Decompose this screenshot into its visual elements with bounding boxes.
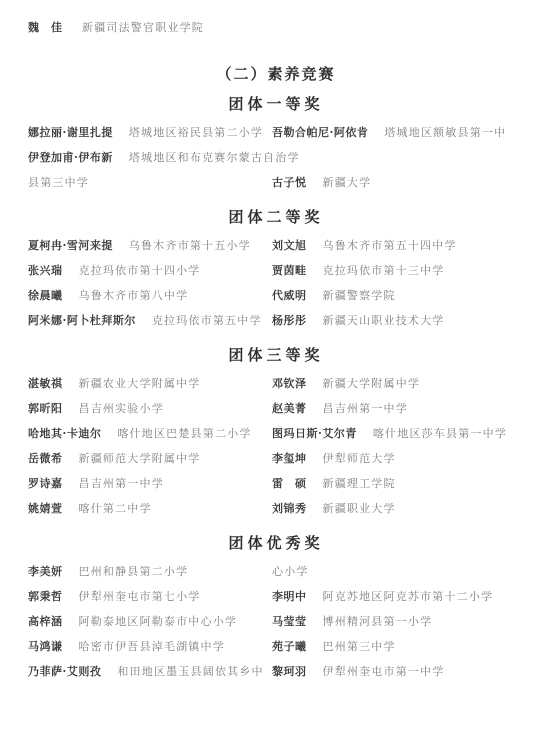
row-right-cell: 马莹莹博州精河县第一小学 <box>272 613 524 629</box>
row-left-cell: 姚婧萱喀什第二中学 <box>28 500 272 516</box>
school-name: 新疆农业大学附属中学 <box>79 377 201 390</box>
row-right-cell: 代威明新疆警察学院 <box>272 287 524 303</box>
school-name: 新疆大学附属中学 <box>323 377 421 390</box>
school-name: 喀什地区巴楚县第二小学 <box>117 427 251 440</box>
row-left-cell: 伊登加甫·伊布新塔城地区和布克赛尔蒙古自治 <box>28 149 287 165</box>
winner-name: 贾茵畦 <box>272 264 307 277</box>
winner-name: 雷 硕 <box>272 477 307 490</box>
winner-name: 夏柯冉·雪河来提 <box>28 239 113 252</box>
award-row: 马鸿谦哈密市伊吾县淖毛湖镇中学 苑子曦巴州第三中学 <box>28 633 524 658</box>
award-row: 阿米娜·阿卜杜拜斯尔克拉玛依市第五中学 杨彤彤新疆天山职业技术大学 <box>28 307 524 332</box>
award-row: 张兴瑞克拉玛依市第十四小学 贾茵畦克拉玛依市第十三中学 <box>28 257 524 282</box>
school-name: 新疆司法警官职业学院 <box>82 21 204 34</box>
winner-name: 哈地其·卡迪尔 <box>28 427 101 440</box>
row-left-cell: 乃菲萨·艾则孜和田地区墨玉县阔依其乡中 <box>28 663 272 679</box>
school-name: 巴州和静县第二小学 <box>79 565 189 578</box>
school-name: 阿勒泰地区阿勒泰市中心小学 <box>79 615 238 628</box>
winner-name: 吾勒合帕尼·阿依肯 <box>272 126 368 139</box>
school-name: 昌吉州第一中学 <box>79 477 164 490</box>
school-name: 乌鲁木齐市第五十四中学 <box>323 239 457 252</box>
school-name: 新疆理工学院 <box>323 477 396 490</box>
school-name: 昌吉州实验小学 <box>79 402 164 415</box>
award-row: 岳微希新疆师范大学附属中学 李玺坤伊犁师范大学 <box>28 445 524 470</box>
winner-name: 高梓涵 <box>28 615 63 628</box>
row-right-cell: 图玛日斯·艾尔青喀什地区莎车县第一中学 <box>272 425 524 441</box>
school-name: 学 <box>287 151 299 164</box>
section-title: 团体二等奖 <box>28 206 524 228</box>
award-row: 徐晨曦乌鲁木齐市第八中学 代威明新疆警察学院 <box>28 282 524 307</box>
row-right-cell: 杨彤彤新疆天山职业技术大学 <box>272 312 524 328</box>
school-name: 新疆职业大学 <box>323 502 396 515</box>
row-right-cell: 邓钦泽新疆大学附属中学 <box>272 375 524 391</box>
section-rows: 李美妍巴州和静县第二小学 心小学 郭秉哲伊犁州奎屯市第七小学 李明中阿克苏地区阿… <box>28 558 524 683</box>
row-left-cell: 高梓涵阿勒泰地区阿勒泰市中心小学 <box>28 613 272 629</box>
winner-name: 苑子曦 <box>272 640 307 653</box>
winner-name: 湛敏祺 <box>28 377 63 390</box>
school-name: 塔城地区额敏县第一中 <box>384 126 506 139</box>
winner-name: 李美妍 <box>28 565 63 578</box>
row-right-cell: 赵美菁昌吉州第一中学 <box>272 400 524 416</box>
section-title: 团体三等奖 <box>28 344 524 366</box>
school-name: 喀什第二中学 <box>79 502 152 515</box>
section-rows: 娜拉丽·谢里扎提塔城地区裕民县第二小学 吾勒合帕尼·阿依肯塔城地区额敏县第一中 … <box>28 119 524 194</box>
winner-name: 郭昕阳 <box>28 402 63 415</box>
row-left-cell: 夏柯冉·雪河来提乌鲁木齐市第十五小学 <box>28 237 272 253</box>
school-name: 克拉玛依市第十四小学 <box>79 264 201 277</box>
winner-name: 马鸿谦 <box>28 640 63 653</box>
sections: 团体一等奖 娜拉丽·谢里扎提塔城地区裕民县第二小学 吾勒合帕尼·阿依肯塔城地区额… <box>28 93 524 683</box>
winner-name: 罗诗嘉 <box>28 477 63 490</box>
award-row: 郭秉哲伊犁州奎屯市第七小学 李明中阿克苏地区阿克苏市第十二小学 <box>28 583 524 608</box>
section-title: 团体优秀奖 <box>28 532 524 554</box>
award-row: 姚婧萱喀什第二中学 刘锦秀新疆职业大学 <box>28 495 524 520</box>
row-left-cell: 县第三中学 <box>28 174 272 190</box>
award-row: 李美妍巴州和静县第二小学 心小学 <box>28 558 524 583</box>
school-name: 新疆大学 <box>323 176 372 189</box>
winner-name: 杨彤彤 <box>272 314 307 327</box>
award-section: 团体优秀奖 李美妍巴州和静县第二小学 心小学 郭秉哲伊犁州奎屯市第七小学 李明中… <box>28 532 524 683</box>
row-right-cell: 刘文旭乌鲁木齐市第五十四中学 <box>272 237 524 253</box>
school-name: 喀什地区莎车县第一中学 <box>373 427 507 440</box>
school-name: 新疆警察学院 <box>323 289 396 302</box>
award-row: 郭昕阳昌吉州实验小学 赵美菁昌吉州第一中学 <box>28 395 524 420</box>
winner-name: 赵美菁 <box>272 402 307 415</box>
row-right-cell: 黎珂羽伊犁州奎屯市第一中学 <box>272 663 524 679</box>
winner-name: 邓钦泽 <box>272 377 307 390</box>
document-page: 魏 佳 新疆司法警官职业学院 （二）素养竞赛 团体一等奖 娜拉丽·谢里扎提塔城地… <box>0 0 534 730</box>
winner-name: 姚婧萱 <box>28 502 63 515</box>
winner-name: 岳微希 <box>28 452 63 465</box>
row-right-cell: 心小学 <box>272 563 524 579</box>
winner-name: 魏 佳 <box>28 21 63 34</box>
row-left-cell: 徐晨曦乌鲁木齐市第八中学 <box>28 287 272 303</box>
school-name: 博州精河县第一小学 <box>323 615 433 628</box>
header-entry-cell: 魏 佳 新疆司法警官职业学院 <box>28 19 272 35</box>
winner-name: 古子悦 <box>272 176 307 189</box>
school-name: 哈密市伊吾县淖毛湖镇中学 <box>79 640 225 653</box>
section-rows: 夏柯冉·雪河来提乌鲁木齐市第十五小学 刘文旭乌鲁木齐市第五十四中学 张兴瑞克拉玛… <box>28 232 524 332</box>
row-right-cell: 刘锦秀新疆职业大学 <box>272 500 524 516</box>
winner-name: 郭秉哲 <box>28 590 63 603</box>
winner-name: 张兴瑞 <box>28 264 63 277</box>
winner-name: 刘锦秀 <box>272 502 307 515</box>
row-right-cell: 学 <box>287 149 524 165</box>
school-name: 新疆天山职业技术大学 <box>323 314 445 327</box>
winner-name: 伊登加甫·伊布新 <box>28 151 113 164</box>
award-section: 团体一等奖 娜拉丽·谢里扎提塔城地区裕民县第二小学 吾勒合帕尼·阿依肯塔城地区额… <box>28 93 524 194</box>
row-left-cell: 湛敏祺新疆农业大学附属中学 <box>28 375 272 391</box>
row-left-cell: 罗诗嘉昌吉州第一中学 <box>28 475 272 491</box>
winner-name: 黎珂羽 <box>272 665 307 678</box>
school-name: 巴州第三中学 <box>323 640 396 653</box>
school-name: 昌吉州第一中学 <box>323 402 408 415</box>
row-right-cell: 李明中阿克苏地区阿克苏市第十二小学 <box>272 588 524 604</box>
row-right-cell: 李玺坤伊犁师范大学 <box>272 450 524 466</box>
winner-name: 娜拉丽·谢里扎提 <box>28 126 113 139</box>
row-left-cell: 郭昕阳昌吉州实验小学 <box>28 400 272 416</box>
competition-heading: （二）素养竞赛 <box>28 63 524 85</box>
award-row: 夏柯冉·雪河来提乌鲁木齐市第十五小学 刘文旭乌鲁木齐市第五十四中学 <box>28 232 524 257</box>
section-title: 团体一等奖 <box>28 93 524 115</box>
row-right-cell: 雷 硕新疆理工学院 <box>272 475 524 491</box>
row-right-cell: 吾勒合帕尼·阿依肯塔城地区额敏县第一中 <box>272 124 524 140</box>
school-name: 阿克苏地区阿克苏市第十二小学 <box>323 590 494 603</box>
winner-name: 代威明 <box>272 289 307 302</box>
school-name: 乌鲁木齐市第八中学 <box>79 289 189 302</box>
section-rows: 湛敏祺新疆农业大学附属中学 邓钦泽新疆大学附属中学 郭昕阳昌吉州实验小学 赵美菁… <box>28 370 524 520</box>
row-left-cell: 马鸿谦哈密市伊吾县淖毛湖镇中学 <box>28 638 272 654</box>
school-name: 乌鲁木齐市第十五小学 <box>129 239 251 252</box>
winner-name: 徐晨曦 <box>28 289 63 302</box>
row-left-cell: 李美妍巴州和静县第二小学 <box>28 563 272 579</box>
award-row: 湛敏祺新疆农业大学附属中学 邓钦泽新疆大学附属中学 <box>28 370 524 395</box>
award-row: 县第三中学 古子悦新疆大学 <box>28 169 524 194</box>
school-name: 塔城地区裕民县第二小学 <box>129 126 263 139</box>
row-left-cell: 张兴瑞克拉玛依市第十四小学 <box>28 262 272 278</box>
row-right-cell: 古子悦新疆大学 <box>272 174 524 190</box>
winner-name: 图玛日斯·艾尔青 <box>272 427 357 440</box>
award-section: 团体二等奖 夏柯冉·雪河来提乌鲁木齐市第十五小学 刘文旭乌鲁木齐市第五十四中学 … <box>28 206 524 332</box>
row-left-cell: 娜拉丽·谢里扎提塔城地区裕民县第二小学 <box>28 124 272 140</box>
school-name: 和田地区墨玉县阔依其乡中 <box>117 665 263 678</box>
award-row: 娜拉丽·谢里扎提塔城地区裕民县第二小学 吾勒合帕尼·阿依肯塔城地区额敏县第一中 <box>28 119 524 144</box>
school-name: 新疆师范大学附属中学 <box>79 452 201 465</box>
award-row: 乃菲萨·艾则孜和田地区墨玉县阔依其乡中 黎珂羽伊犁州奎屯市第一中学 <box>28 658 524 683</box>
award-row: 哈地其·卡迪尔喀什地区巴楚县第二小学 图玛日斯·艾尔青喀什地区莎车县第一中学 <box>28 420 524 445</box>
school-name: 心小学 <box>272 565 309 578</box>
row-right-cell: 苑子曦巴州第三中学 <box>272 638 524 654</box>
school-name: 克拉玛依市第十三中学 <box>323 264 445 277</box>
row-left-cell: 郭秉哲伊犁州奎屯市第七小学 <box>28 588 272 604</box>
school-name: 伊犁州奎屯市第七小学 <box>79 590 201 603</box>
school-name: 克拉玛依市第五中学 <box>152 314 262 327</box>
row-left-cell: 哈地其·卡迪尔喀什地区巴楚县第二小学 <box>28 425 272 441</box>
school-name: 塔城地区和布克赛尔蒙古自治 <box>129 151 288 164</box>
header-entry-row: 魏 佳 新疆司法警官职业学院 <box>28 14 524 39</box>
winner-name: 李明中 <box>272 590 307 603</box>
row-left-cell: 阿米娜·阿卜杜拜斯尔克拉玛依市第五中学 <box>28 312 272 328</box>
award-row: 高梓涵阿勒泰地区阿勒泰市中心小学 马莹莹博州精河县第一小学 <box>28 608 524 633</box>
row-left-cell: 岳微希新疆师范大学附属中学 <box>28 450 272 466</box>
row-right-cell: 贾茵畦克拉玛依市第十三中学 <box>272 262 524 278</box>
winner-name: 马莹莹 <box>272 615 307 628</box>
school-name: 伊犁师范大学 <box>323 452 396 465</box>
winner-name: 刘文旭 <box>272 239 307 252</box>
award-section: 团体三等奖 湛敏祺新疆农业大学附属中学 邓钦泽新疆大学附属中学 郭昕阳昌吉州实验… <box>28 344 524 520</box>
school-name: 伊犁州奎屯市第一中学 <box>323 665 445 678</box>
award-row: 伊登加甫·伊布新塔城地区和布克赛尔蒙古自治 学 <box>28 144 524 169</box>
winner-name: 阿米娜·阿卜杜拜斯尔 <box>28 314 136 327</box>
award-row: 罗诗嘉昌吉州第一中学 雷 硕新疆理工学院 <box>28 470 524 495</box>
school-name: 县第三中学 <box>28 176 89 189</box>
winner-name: 乃菲萨·艾则孜 <box>28 665 101 678</box>
winner-name: 李玺坤 <box>272 452 307 465</box>
